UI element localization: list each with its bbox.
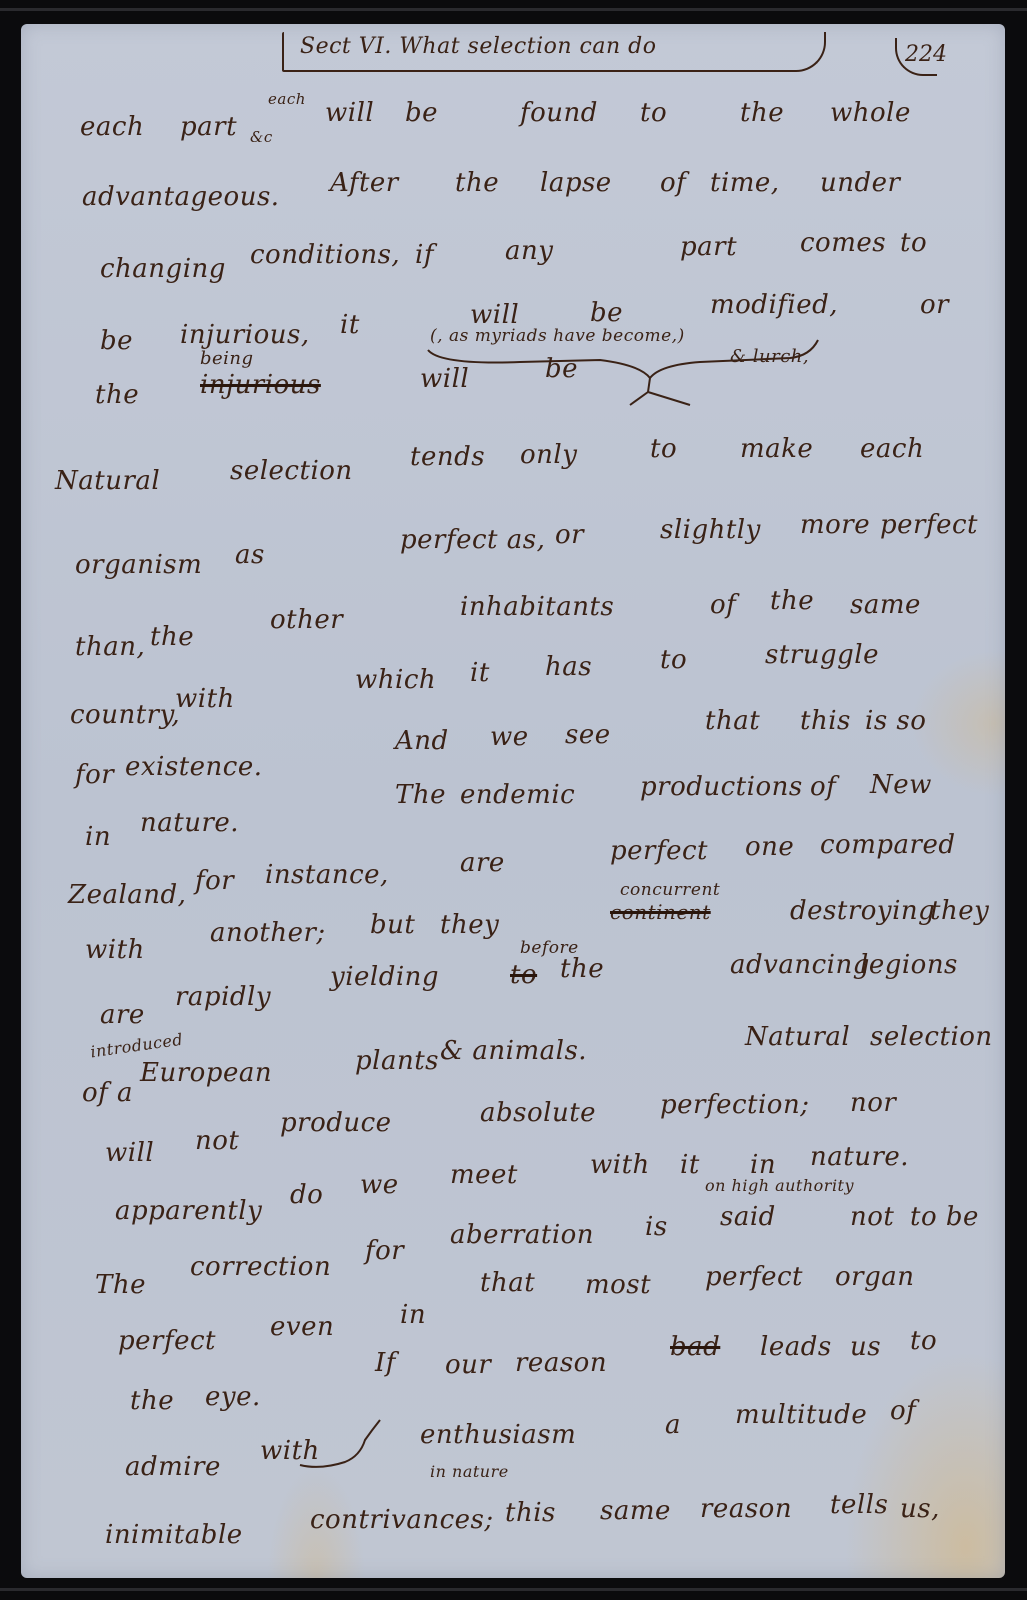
word: that (480, 1268, 535, 1298)
word: whole (830, 98, 911, 128)
word: the (150, 622, 194, 652)
word: country, (70, 700, 180, 730)
word: to (640, 98, 667, 128)
word: modified, (710, 290, 838, 320)
word: if (415, 240, 434, 270)
word: time, (710, 168, 780, 198)
word: inhabitants (460, 592, 614, 622)
word: the (770, 586, 814, 616)
word: rapidly (175, 982, 271, 1012)
word: perfect as, (400, 525, 545, 555)
word: will (105, 1138, 154, 1168)
word: only (520, 440, 577, 470)
word: contrivances; (310, 1505, 494, 1535)
word: be (590, 298, 623, 328)
word: see (565, 720, 611, 750)
word: will (325, 98, 374, 128)
word: The (95, 1270, 146, 1300)
word: will (420, 364, 469, 394)
word: or (555, 520, 584, 550)
word: not (850, 1202, 894, 1232)
word: multitude (735, 1400, 867, 1430)
word: productions (640, 772, 803, 802)
word: meet (450, 1160, 518, 1190)
word: we (360, 1170, 399, 1200)
deleted-word: injurious (200, 370, 321, 400)
word: yielding (330, 962, 439, 992)
word: do (290, 1180, 323, 1210)
insertion: in nature (430, 1462, 509, 1481)
word: part (680, 232, 737, 262)
word: than, (75, 632, 145, 662)
word: of (810, 772, 836, 802)
word: advancing (730, 950, 870, 980)
word: nature. (140, 808, 239, 838)
word: each (80, 112, 144, 142)
word: plants (355, 1046, 439, 1076)
insertion: &c (250, 128, 273, 146)
word: selection (870, 1022, 993, 1052)
word: tends (410, 442, 485, 472)
word: tells (830, 1490, 888, 1520)
word: endemic (460, 780, 575, 810)
word: same (850, 590, 921, 620)
word: that (705, 706, 760, 736)
word: each (860, 434, 924, 464)
word: we (490, 722, 529, 752)
word: same (600, 1496, 671, 1526)
word: existence. (125, 752, 263, 782)
word: for (195, 866, 234, 896)
word: in (85, 822, 111, 852)
word: which (355, 665, 436, 695)
word: it (340, 310, 360, 340)
word: but (370, 910, 415, 940)
word: the (740, 98, 784, 128)
word: has (545, 652, 592, 682)
word: is so (865, 706, 926, 736)
word: advantageous. (82, 182, 280, 212)
insertion: concurrent (620, 880, 720, 900)
insertion: & lurch, (730, 346, 809, 367)
word: to (910, 1326, 937, 1356)
word: Natural (745, 1022, 850, 1052)
word: legions (860, 950, 958, 980)
word: be (545, 354, 578, 384)
word: they (930, 896, 989, 926)
word: be (405, 98, 438, 128)
word: other (270, 605, 343, 635)
word: European (140, 1058, 272, 1088)
word: said (720, 1202, 776, 1232)
word: with (85, 935, 145, 965)
word: slightly (660, 515, 761, 545)
word: perfect (880, 510, 978, 540)
word: absolute (480, 1098, 596, 1128)
word: part (180, 112, 237, 142)
word: organism (75, 550, 202, 580)
word: are (100, 1000, 145, 1030)
word: even (270, 1312, 334, 1342)
word: comes (800, 228, 886, 258)
word: perfect (610, 836, 708, 866)
word: destroying (790, 896, 935, 926)
word: nature. (810, 1142, 909, 1172)
word: perfect (118, 1326, 216, 1356)
word: with (175, 684, 235, 714)
word: are (460, 848, 505, 878)
word: organ (835, 1262, 914, 1292)
word: New (870, 770, 932, 800)
deleted-word: to (510, 960, 537, 990)
word: another; (210, 918, 326, 948)
word: found (520, 98, 598, 128)
word: conditions, (250, 240, 400, 270)
word: to be (910, 1202, 979, 1232)
word: the (560, 954, 604, 984)
word: nor (850, 1088, 896, 1118)
word: struggle (765, 640, 879, 670)
word: of (710, 590, 736, 620)
word: lapse (540, 168, 612, 198)
word: The (395, 780, 446, 810)
word: with (590, 1150, 650, 1180)
word: it (680, 1150, 700, 1180)
word: admire (125, 1452, 221, 1482)
word: this (800, 706, 851, 736)
word: a (665, 1410, 681, 1440)
word: Natural (55, 466, 160, 496)
word: produce (280, 1108, 392, 1138)
word: If (375, 1348, 396, 1378)
deleted-word: continent (610, 900, 711, 924)
word: not (195, 1126, 239, 1156)
word: or (920, 290, 949, 320)
word: eye. (205, 1382, 261, 1412)
word: of a (82, 1078, 133, 1108)
word: with (260, 1436, 320, 1466)
insertion: each (268, 90, 306, 108)
word: they (440, 910, 499, 940)
word: it (470, 658, 490, 688)
word: to (900, 228, 927, 258)
word: instance, (265, 860, 389, 890)
word: of (660, 168, 686, 198)
word: changing (100, 254, 226, 284)
word: Zealand, (68, 880, 186, 910)
word: After (330, 168, 399, 198)
word: leads (760, 1332, 832, 1362)
word: us (850, 1332, 881, 1362)
word: for (365, 1236, 404, 1266)
insertion: being (200, 348, 254, 369)
word: the (455, 168, 499, 198)
word: enthusiasm (420, 1420, 576, 1450)
word: And (395, 726, 449, 756)
word: under (820, 168, 900, 198)
word: our (445, 1350, 491, 1380)
word: one (745, 832, 794, 862)
word: correction (190, 1252, 331, 1282)
word: any (505, 236, 553, 266)
word: reason (700, 1494, 792, 1524)
word: & animals. (440, 1036, 587, 1066)
word: selection (230, 456, 353, 486)
word: to (660, 645, 687, 675)
word: aberration (450, 1220, 594, 1250)
word: make (740, 434, 813, 464)
word: for (75, 760, 114, 790)
word: is (645, 1212, 668, 1242)
word: to (650, 434, 677, 464)
word: most (585, 1270, 651, 1300)
word: as (235, 540, 265, 570)
word: be (100, 326, 133, 356)
word: perfection; (660, 1090, 809, 1120)
word: the (130, 1386, 174, 1416)
insertion: (, as myriads have become,) (430, 326, 685, 346)
insertion: on high authority (705, 1176, 854, 1195)
word: compared (820, 830, 955, 860)
word: the (95, 380, 139, 410)
word: in (400, 1300, 426, 1330)
word: inimitable (105, 1520, 243, 1550)
deleted-word: bad (670, 1332, 720, 1362)
word: this (505, 1498, 556, 1528)
word: more (800, 510, 870, 540)
word: apparently (115, 1196, 262, 1226)
word: us, (900, 1494, 940, 1524)
word: of (890, 1396, 916, 1426)
word: injurious, (180, 320, 310, 350)
word: reason (515, 1348, 607, 1378)
word: perfect (705, 1262, 803, 1292)
